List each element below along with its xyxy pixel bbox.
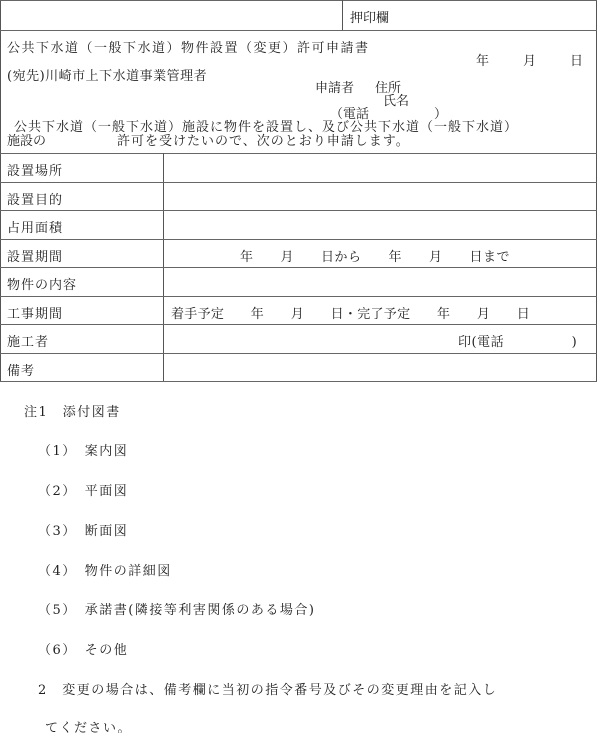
statement-prefix: 施設の: [7, 130, 46, 149]
document-title: 公共下水道（一般下水道）物件設置（変更）許可申請書: [7, 37, 370, 56]
construction-period-field[interactable]: 着手予定 年 月 日・完了予定 年 月 日: [171, 303, 530, 322]
row-label-period: 設置期間: [7, 246, 63, 265]
row-label-contents: 物件の内容: [7, 274, 77, 293]
row-label-construction-period: 工事期間: [7, 303, 63, 322]
notes-heading: 注1 添付図書: [24, 401, 121, 420]
seal-field[interactable]: [343, 1, 595, 29]
divider: [0, 239, 597, 240]
address-field[interactable]: [430, 77, 590, 91]
reception-field[interactable]: [1, 1, 341, 29]
installation-period-field[interactable]: 年 月 日から 年 月 日まで: [240, 246, 510, 265]
remarks-field[interactable]: [165, 354, 595, 380]
date-month: 月: [523, 50, 536, 69]
date-day: 日: [570, 50, 583, 69]
divider: [0, 296, 597, 297]
divider: [0, 324, 597, 325]
location-field[interactable]: [165, 154, 595, 181]
purpose-field[interactable]: [165, 183, 595, 209]
permit-type-field[interactable]: [65, 130, 110, 144]
name-field[interactable]: [430, 90, 590, 104]
contents-field[interactable]: [165, 268, 595, 295]
note-2-continued: てください。: [45, 717, 132, 733]
statement-suffix: 許可を受けたいので、次のとおり申請します。: [117, 130, 410, 149]
contractor-field[interactable]: 印(電話 ): [458, 331, 577, 350]
row-label-location: 設置場所: [7, 160, 63, 179]
date-year: 年: [476, 50, 489, 69]
note-item: （1） 案内図: [38, 440, 128, 459]
note-item: （6） その他: [38, 639, 128, 658]
row-label-remarks: 備考: [7, 360, 35, 379]
row-label-purpose: 設置目的: [7, 189, 63, 208]
note-item: （5） 承諾書(隣接等利害関係のある場合): [38, 599, 315, 618]
note-item: （3） 断面図: [38, 520, 128, 539]
applicant-label: 申請者: [315, 77, 354, 96]
row-label-area: 占用面積: [7, 217, 63, 236]
note-item: （2） 平面図: [38, 480, 128, 499]
addressee: (宛先)川崎市上下水道事業管理者: [7, 65, 207, 84]
note-2: 2 変更の場合は、備考欄に当初の指令番号及びその変更理由を記入し: [38, 679, 497, 698]
divider: [0, 30, 597, 31]
row-label-contractor: 施工者: [7, 331, 49, 350]
area-field[interactable]: [165, 211, 595, 238]
divider: [0, 381, 597, 382]
note-item: （4） 物件の詳細図: [38, 560, 172, 579]
